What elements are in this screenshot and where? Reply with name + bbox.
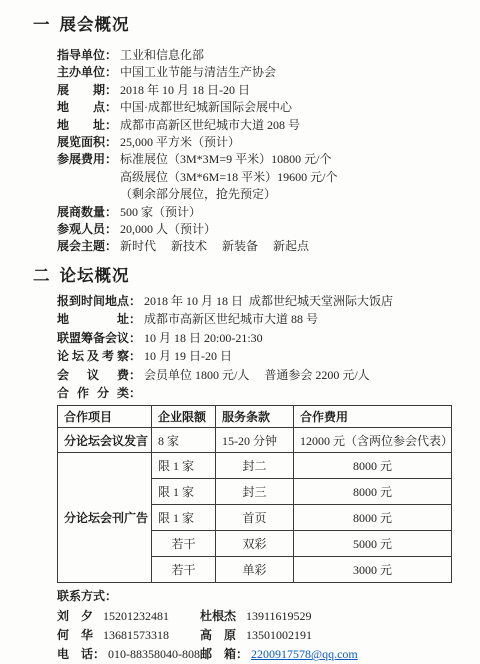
contact-name: 杜根杰 (200, 607, 236, 626)
field-label: 合作分类 (57, 384, 129, 402)
colon: ： (105, 238, 117, 255)
cell-fee: 5000 元 (294, 531, 452, 557)
contact-left: 电话： 010-88358040-808 (57, 645, 200, 664)
email-link[interactable]: 2200917578@qq.com (251, 645, 358, 664)
info-row-address: 地址：成都市高新区世纪城市大道 208 号 (33, 117, 460, 134)
cell-terms: 单彩 (216, 557, 294, 583)
contact-left: 何华 13681573318 (57, 626, 200, 645)
field-value: （剩余部分展位，抢先预定） (120, 186, 276, 203)
colon: ： (129, 384, 141, 402)
cell-fee: 8000 元 (294, 505, 452, 531)
contact-right: 杜根杰 13911619529 (200, 607, 312, 626)
cell-terms: 封三 (216, 479, 294, 505)
section-1-number: 一 (33, 16, 51, 34)
colon: ： (105, 82, 117, 99)
field-value: 新时代 新技术 新装备 新起点 (120, 238, 309, 255)
column-header-terms: 服务条款 (216, 406, 294, 428)
info-row-area: 展览面积：25,000 平方米（预计） (33, 134, 460, 151)
colon: ： (105, 117, 117, 134)
info-row-venue: 地点：中国·成都世纪城新国际会展中心 (33, 99, 460, 116)
contacts-heading-text: 联系方式 (57, 589, 105, 603)
info-row-forum-tour: 论坛及考察：10 月 19 日-20 日 (33, 347, 460, 365)
field-value: 标准展位（3M*3M=9 平米）10800 元/个 (120, 151, 331, 168)
table-row-speech: 分论坛会议发言 8 家 15-20 分钟 12000 元（含两位参会代表） (58, 428, 452, 453)
colon: ： (105, 221, 117, 238)
contact-row-3: 电话： 010-88358040-808 邮箱： 2200917578@qq.c… (33, 645, 460, 664)
cell-limit: 限 1 家 (152, 505, 216, 531)
info-row-forum-address: 地址：成都市高新区世纪城市大道 88 号 (33, 310, 460, 328)
field-value: 2018 年 10 月 18 日-20 日 (120, 82, 250, 99)
contact-right: 邮箱： 2200917578@qq.com (200, 645, 358, 664)
colon: ： (105, 134, 117, 151)
field-label: 主办单位 (57, 64, 105, 81)
section-2-number: 二 (33, 267, 51, 285)
field-label: 展览面积 (57, 134, 105, 151)
field-value: 25,000 平方米（预计） (120, 134, 240, 151)
section-1-title: 展会概况 (60, 16, 130, 34)
cell-terms: 15-20 分钟 (216, 428, 294, 453)
contacts-heading: 联系方式： (57, 589, 460, 604)
info-row-exhibitor-count: 展商数量：500 家（预计） (33, 204, 460, 221)
field-value: 500 家（预计） (120, 204, 201, 221)
cell-project: 分论坛会议发言 (58, 428, 152, 453)
contact-row-2: 何华 13681573318 高原 13501002191 (33, 626, 460, 645)
cell-limit: 8 家 (152, 428, 216, 453)
section-2-heading: 二论坛概况 (33, 265, 460, 287)
field-value: 2018 年 10 月 18 日 成都世纪城天堂洲际大饭店 (144, 292, 393, 310)
field-value: 中国工业节能与清洁生产协会 (120, 64, 276, 81)
info-row-booth-fee-line2: 高级展位（3M*6M=18 平米）19600 元/个 (33, 169, 460, 186)
info-row-dates: 展期：2018 年 10 月 18 日-20 日 (33, 82, 460, 99)
contact-phone: 13681573318 (103, 626, 169, 645)
field-value: 成都市高新区世纪城市大道 208 号 (120, 117, 300, 134)
field-value: 会员单位 1800 元/人 普通参会 2200 元/人 (144, 366, 370, 384)
field-label: 联盟筹备会议 (57, 329, 129, 347)
section-1-heading: 一展会概况 (33, 14, 460, 36)
colon: ： (93, 645, 105, 664)
cell-terms: 首页 (216, 505, 294, 531)
contact-name: 高原 (200, 626, 236, 645)
colon: ： (236, 645, 248, 664)
field-value: 10 月 18 日 20:00-21:30 (144, 329, 263, 347)
cell-fee: 8000 元 (294, 453, 452, 479)
cell-limit: 若干 (152, 531, 216, 557)
column-header-project: 合作项目 (58, 406, 152, 428)
info-row-prep-meeting: 联盟筹备会议：10 月 18 日 20:00-21:30 (33, 329, 460, 347)
field-label: 地址 (57, 310, 129, 328)
colon: ： (129, 366, 141, 384)
section-2-body: 报到时间地点：2018 年 10 月 18 日 成都世纪城天堂洲际大饭店 地址：… (33, 292, 460, 402)
info-row-visitor-count: 参观人员：20,000 人（预计） (33, 221, 460, 238)
contact-name: 何华 (57, 626, 93, 645)
colon: ： (129, 310, 141, 328)
field-label: 报到时间地点 (57, 292, 129, 310)
field-label: 展商数量 (57, 204, 105, 221)
table-row-ad-cover2: 分论坛会刊广告 限 1 家 封二 8000 元 (58, 453, 452, 479)
contact-right: 高原 13501002191 (200, 626, 312, 645)
field-label: 地点 (57, 99, 105, 116)
info-row-booth-fee-note: （剩余部分展位，抢先预定） (33, 186, 460, 203)
contact-row-1: 刘夕 15201232481 杜根杰 13911619529 (33, 607, 460, 626)
field-value: 中国·成都世纪城新国际会展中心 (120, 99, 292, 116)
contact-left: 刘夕 15201232481 (57, 607, 200, 626)
cell-limit: 若干 (152, 557, 216, 583)
field-label: 论坛及考察 (57, 347, 129, 365)
info-row-theme: 展会主题：新时代 新技术 新装备 新起点 (33, 238, 460, 255)
document-page: 一展会概况 指导单位：工业和信息化部 主办单位：中国工业节能与清洁生产协会 展期… (0, 0, 480, 664)
cell-limit: 限 1 家 (152, 479, 216, 505)
contact-phone: 13911619529 (246, 607, 312, 626)
info-row-checkin: 报到时间地点：2018 年 10 月 18 日 成都世纪城天堂洲际大饭店 (33, 292, 460, 310)
field-value: 工业和信息化部 (120, 47, 204, 64)
table-header-row: 合作项目 企业限额 服务条款 合作费用 (58, 406, 452, 428)
cell-fee: 8000 元 (294, 479, 452, 505)
column-header-fee: 合作费用 (294, 406, 452, 428)
field-value: 成都市高新区世纪城市大道 88 号 (144, 310, 318, 328)
cell-terms: 双彩 (216, 531, 294, 557)
field-value: 20,000 人（预计） (120, 221, 216, 238)
field-label: 地址 (57, 117, 105, 134)
colon: ： (105, 64, 117, 81)
cooperation-table: 合作项目 企业限额 服务条款 合作费用 分论坛会议发言 8 家 15-20 分钟… (57, 405, 452, 583)
field-value: 高级展位（3M*6M=18 平米）19600 元/个 (120, 169, 337, 186)
field-label: 指导单位 (57, 47, 105, 64)
colon: ： (105, 99, 117, 116)
cell-terms: 封二 (216, 453, 294, 479)
colon: ： (105, 47, 117, 64)
field-label: 会议费 (57, 366, 129, 384)
office-phone-value: 010-88358040-808 (108, 645, 200, 664)
field-value: 10 月 19 日-20 日 (144, 347, 232, 365)
field-label: 展会主题 (57, 238, 105, 255)
field-label: 参观人员 (57, 221, 105, 238)
contact-phone: 13501002191 (246, 626, 312, 645)
info-row-booth-fee: 参展费用：标准展位（3M*3M=9 平米）10800 元/个 (33, 151, 460, 168)
colon: ： (129, 292, 141, 310)
cell-fee: 3000 元 (294, 557, 452, 583)
colon: ： (129, 329, 141, 347)
email-label: 邮箱 (200, 645, 236, 664)
field-label: 展期 (57, 82, 105, 99)
colon: ： (105, 151, 117, 168)
phone-label: 电话 (57, 645, 93, 664)
info-row-cooperation-category: 合作分类： (33, 384, 460, 402)
info-row-organizer: 主办单位：中国工业节能与清洁生产协会 (33, 64, 460, 81)
section-2-title: 论坛概况 (60, 267, 130, 285)
cell-project-group: 分论坛会刊广告 (58, 453, 152, 583)
section-1-body: 指导单位：工业和信息化部 主办单位：中国工业节能与清洁生产协会 展期：2018 … (33, 47, 460, 256)
colon: ： (105, 204, 117, 221)
field-label: 参展费用 (57, 151, 105, 168)
info-row-conference-fee: 会议费：会员单位 1800 元/人 普通参会 2200 元/人 (33, 366, 460, 384)
cell-limit: 限 1 家 (152, 453, 216, 479)
column-header-limit: 企业限额 (152, 406, 216, 428)
cell-fee: 12000 元（含两位参会代表） (294, 428, 452, 453)
info-row-guiding-unit: 指导单位：工业和信息化部 (33, 47, 460, 64)
colon: ： (129, 347, 141, 365)
colon: ： (105, 589, 117, 603)
contact-name: 刘夕 (57, 607, 93, 626)
contact-phone: 15201232481 (103, 607, 169, 626)
